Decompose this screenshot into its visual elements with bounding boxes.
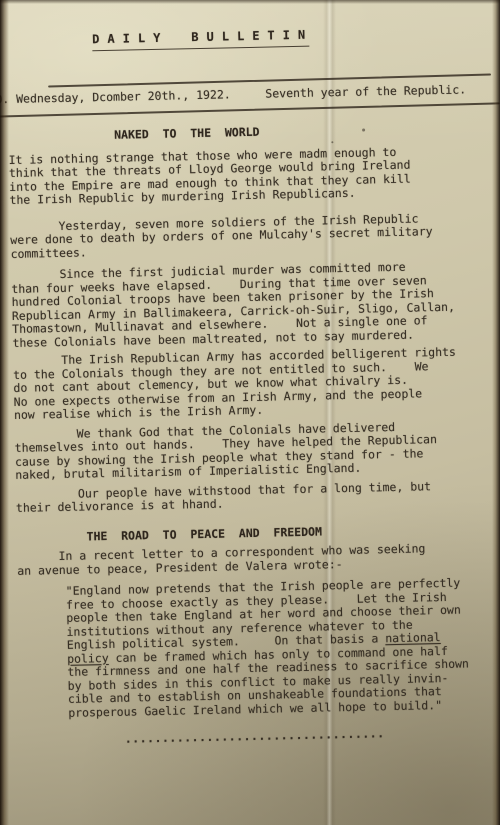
dateline: 0. Wednesday, Dcomber 20th., 1922. Seven… [0,83,466,106]
article-2-heading: THE ROAD TO PEACE AND FREEDOM [86,521,496,543]
paragraph: Yesterday, seven more soldiers of the Ir… [10,210,491,261]
paragraph: Our people have withstood that for a lon… [16,478,496,515]
top-page-edge [0,0,500,4]
article-1-heading: NAKED TO THE WORLD [114,121,488,142]
article-body: NAKED TO THE WORLD It is nothing strange… [8,121,500,748]
paragraph: We thank God that the Colonials have del… [14,418,495,482]
masthead-title: D A I L Y B U L L E T I N [92,29,309,51]
ink-speck [362,129,365,132]
paragraph: In a recent letter to a correspondent wh… [17,541,497,578]
dots-separator: ................................... [125,725,500,746]
de-valera-quote: "England now pretends that the Irish peo… [66,576,500,720]
paragraph: Since the first judicial murder was comm… [11,259,493,350]
paragraph: It is nothing strange that those who wer… [9,143,490,207]
ink-speck [331,141,333,143]
paragraph: The Irish Republican Army has accorded b… [13,345,494,423]
document-page: D A I L Y B U L L E T I N 0. Wednesday, … [0,0,500,825]
page-content: D A I L Y B U L L E T I N 0. Wednesday, … [0,0,500,825]
